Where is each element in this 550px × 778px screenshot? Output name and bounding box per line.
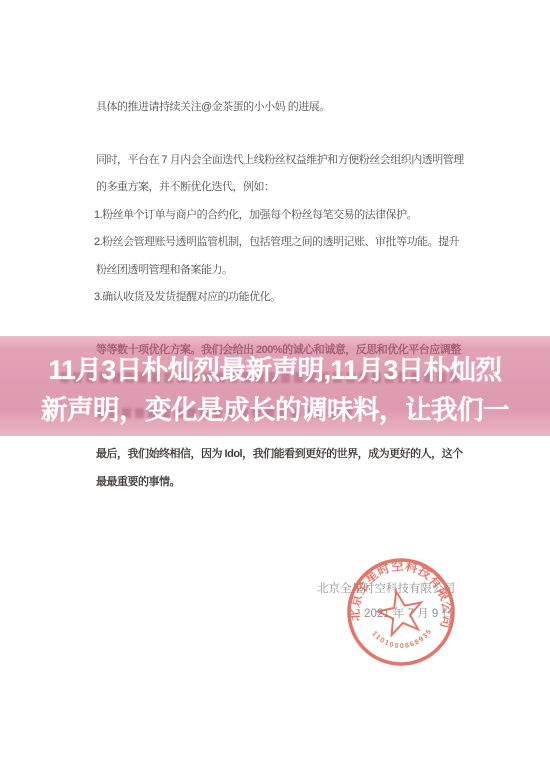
seal-serial-number: 1101050668935 xyxy=(370,627,434,650)
closing-line-2: 最最重要的事情。 xyxy=(96,475,180,489)
list-item-2-line-2: 粉丝团透明管理和备案能力。 xyxy=(96,263,233,277)
seal-ring-text: 北京全星时空科技有限公司 xyxy=(347,558,454,630)
list-item-2-line-1: 2.粉丝会管理账号透明监管机制，包括管理之间的透明记账、审批等功能。提升 xyxy=(94,235,459,249)
list-item-3: 3.确认收货及发货提醒对应的功能优化。 xyxy=(94,290,281,304)
seal-star-icon xyxy=(375,587,426,637)
plan-intro-line-2: 的多重方案，并不断优化迭代，例如： xyxy=(96,180,275,194)
plan-intro-line-1: 同时，平台在 7 月内会全面迭代上线粉丝权益维护和方便粉丝会组织内透明管理 xyxy=(96,153,464,167)
headline-line-2: 新声明，变化是成长的调味料，让我们一 xyxy=(0,390,550,430)
statement-document-page: 具体的推进请持续关注@金茶蛋的小小妈 的进展。 同时，平台在 7 月内会全面迭代… xyxy=(0,0,550,778)
headline-overlay-band: 等等数十项优化方案。我们会给出 200%的诚心和诚意，反思和优化平台应调整 11… xyxy=(0,336,550,436)
watermark-headline: 11月3日朴灿烈最新声明,11月3日朴灿烈 新声明，变化是成长的调味料，让我们一 xyxy=(0,350,550,430)
closing-line-1: 最后，我们始终相信，因为 Idol，我们能看到更好的世界，成为更好的人，这个 xyxy=(96,447,463,461)
list-item-1: 1.粉丝单个订单与商户的合约化，加强每个粉丝每笔交易的法律保护。 xyxy=(94,208,417,222)
progress-note-line: 具体的推进请持续关注@金茶蛋的小小妈 的进展。 xyxy=(96,100,330,114)
headline-line-1: 11月3日朴灿烈最新声明,11月3日朴灿烈 xyxy=(0,350,550,390)
company-seal-stamp: 北京全星时空科技有限公司 1101050668935 xyxy=(345,556,457,668)
